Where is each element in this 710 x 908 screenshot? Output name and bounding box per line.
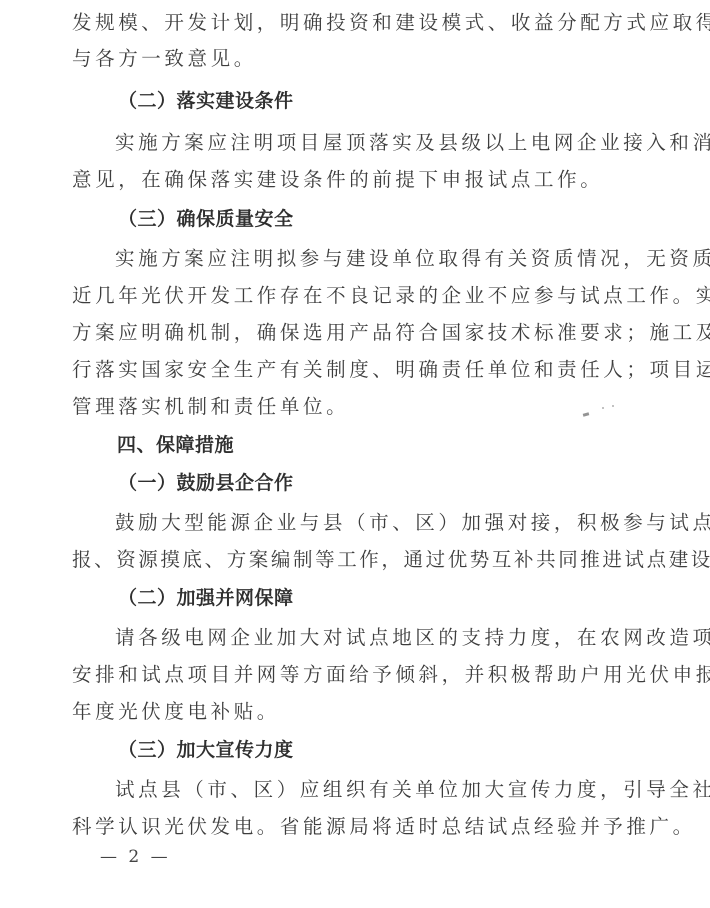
text-line: 实施方案应注明项目屋顶落实及县级以上电网企业接入和消纳 [115, 130, 665, 156]
scan-speck [602, 407, 604, 409]
text-line: 行落实国家安全生产有关制度、明确责任单位和责任人；项目运维 [72, 357, 662, 383]
document-page: 发规模、开发计划，明确投资和建设模式、收益分配方式应取得参 与各方一致意见。 （… [0, 0, 710, 908]
section-heading: （二）加强并网保障 [118, 585, 294, 611]
section-heading: （三）加大宣传力度 [118, 737, 294, 763]
text-line: 科学认识光伏发电。省能源局将适时总结试点经验并予推广。 [72, 814, 662, 840]
page-number: — 2 — [100, 846, 171, 868]
scan-speck [612, 405, 614, 407]
text-line: 报、资源摸底、方案编制等工作，通过优势互补共同推进试点建设。 [72, 547, 662, 573]
section-heading: （一）鼓励县企合作 [118, 470, 294, 496]
section-heading: （三）确保质量安全 [118, 206, 294, 232]
section-heading: （二）落实建设条件 [118, 88, 294, 114]
text-line: 方案应明确机制，确保选用产品符合国家技术标准要求；施工及运 [72, 320, 662, 346]
text-line: 年度光伏度电补贴。 [72, 699, 662, 725]
text-line: 鼓励大型能源企业与县（市、区）加强对接，积极参与试点申 [115, 510, 705, 536]
text-line: 管理落实机制和责任单位。 [72, 394, 662, 420]
text-line: 安排和试点项目并网等方面给予倾斜，并积极帮助户用光伏申报本 [72, 662, 662, 688]
text-line: 意见，在确保落实建设条件的前提下申报试点工作。 [72, 167, 662, 193]
chapter-heading: 四、保障措施 [117, 432, 234, 458]
text-line: 试点县（市、区）应组织有关单位加大宣传力度，引导全社会 [115, 777, 705, 803]
text-line: 发规模、开发计划，明确投资和建设模式、收益分配方式应取得参 [72, 10, 662, 36]
text-line: 近几年光伏开发工作存在不良记录的企业不应参与试点工作。实施 [72, 283, 662, 309]
text-line: 请各级电网企业加大对试点地区的支持力度，在农网改造项目 [115, 625, 705, 651]
text-line: 实施方案应注明拟参与建设单位取得有关资质情况，无资质或 [115, 246, 705, 272]
text-line: 与各方一致意见。 [72, 46, 662, 72]
